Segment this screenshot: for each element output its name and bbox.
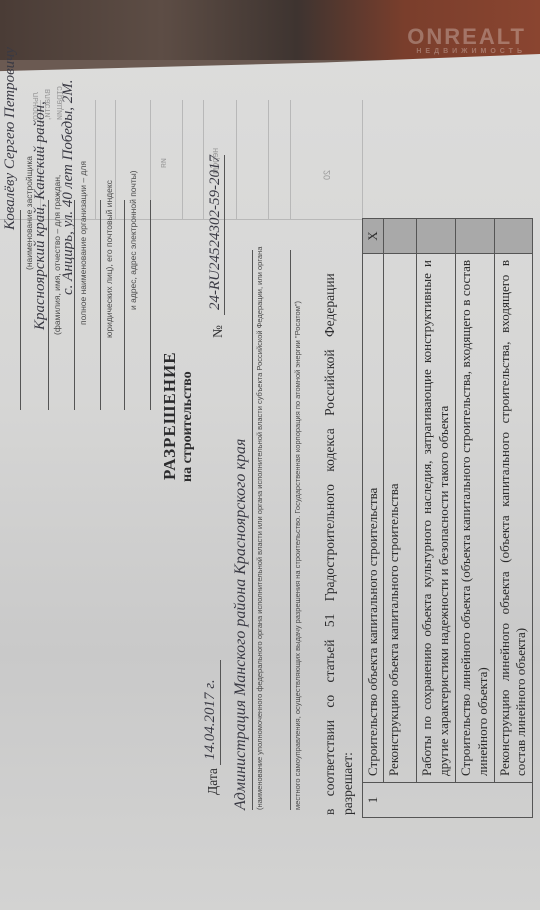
- address-caption-4: и адрес, адрес электронной почты): [128, 170, 138, 310]
- table-row: Работы по сохранению объекта культурного…: [417, 219, 456, 818]
- permit-type-text: Работы по сохранению объекта культурного…: [417, 254, 456, 783]
- rotated-document: льного власти, страции ия нером 20 Ковал…: [0, 54, 540, 910]
- address-line-1: Красноярский край, Канский район,: [32, 101, 49, 330]
- permit-type-checkmark: [417, 219, 456, 254]
- permit-number: 24-RU24524302-59-2017: [207, 155, 224, 310]
- issuer-caption-2: местного самоуправления, осуществляющих …: [293, 301, 302, 810]
- legal-basis-line-1: в соответствии со статьей 51 Градостроит…: [322, 273, 338, 815]
- permit-type-checkmark: [494, 219, 533, 254]
- date-label: Дата: [205, 768, 221, 795]
- permit-type-text: Реконструкцию линейного объекта (объекта…: [494, 254, 533, 783]
- permit-type-table: 1 Строительство объекта капитального стр…: [362, 218, 533, 818]
- bleed-text: 20: [322, 170, 332, 180]
- issuer-caption-1: (наименование уполномоченного федерально…: [255, 247, 264, 810]
- address-caption-2: полное наименование организации – для: [78, 161, 88, 325]
- number-label: №: [210, 325, 226, 338]
- legal-basis-line-2: разрешает:: [340, 752, 356, 815]
- table-row: Реконструкцию линейного объекта (объекта…: [494, 219, 533, 818]
- permit-type-text: Строительство линейного объекта (объекта…: [455, 254, 494, 783]
- permit-type-text: Строительство объекта капитального строи…: [363, 254, 384, 783]
- table-row: Строительство линейного объекта (объекта…: [455, 219, 494, 818]
- address-caption-3: юридических лиц), его почтовый индекс: [104, 180, 114, 338]
- document-subtitle: на строительство: [180, 371, 196, 482]
- table-row: Реконструкцию объекта капитального строи…: [384, 219, 417, 818]
- permit-type-text: Реконструкцию объекта капитального строи…: [384, 254, 417, 783]
- bleed-text: ия: [158, 158, 168, 168]
- watermark-brand: ONREALT: [407, 24, 526, 49]
- permit-type-checkmark: [384, 219, 417, 254]
- watermark-logo: ONREALT НЕДВИЖИМОСТЬ: [407, 24, 526, 55]
- row-number: 1: [363, 783, 533, 818]
- issuer-name: Администрация Манского района Красноярск…: [232, 439, 250, 810]
- table-row: 1 Строительство объекта капитального стр…: [363, 219, 384, 818]
- permit-type-checkmark: X: [363, 219, 384, 254]
- date-value: 14.04.2017 г.: [202, 679, 219, 760]
- permit-type-checkmark: [455, 219, 494, 254]
- document-title: РАЗРЕШЕНИЕ: [160, 351, 180, 480]
- recipient-name: Ковалёву Сергею Петровичу: [2, 47, 19, 230]
